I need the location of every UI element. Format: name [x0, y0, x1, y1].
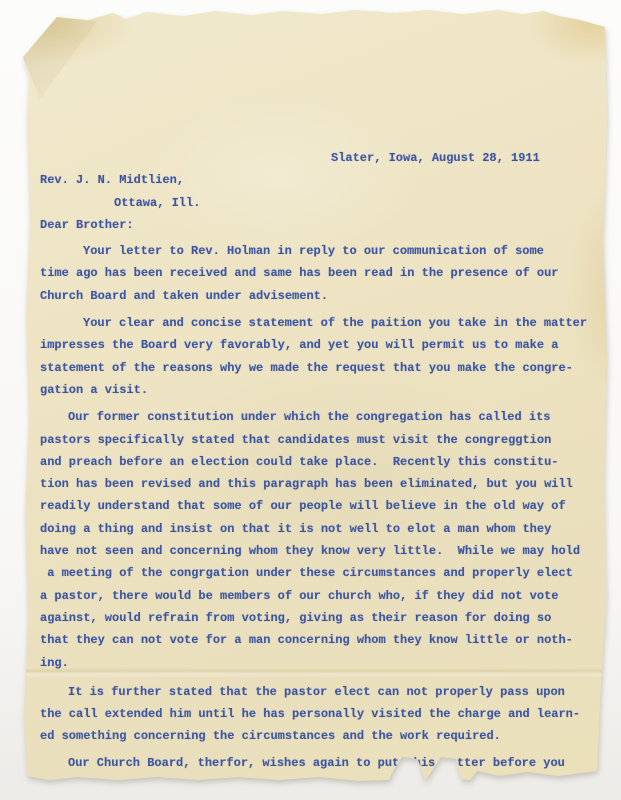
letter-line: that they can not vote for a man concern…	[40, 629, 600, 651]
letter-line: a meeting of the congrgation under these…	[40, 562, 600, 584]
paragraph-2: Your clear and concise statement of the …	[40, 312, 600, 401]
letter-page: Slater, Iowa, August 28, 1911 Rev. J. N.…	[0, 0, 621, 800]
letter-line: gation a visit.	[40, 379, 600, 401]
letter-line: the call extended him until he has perso…	[40, 703, 600, 725]
letter-paper: Slater, Iowa, August 28, 1911 Rev. J. N.…	[0, 0, 621, 800]
salutation: Dear Brother:	[40, 214, 600, 236]
folded-corner-crease	[0, 0, 120, 110]
letter-line: statement of the reasons why we made the…	[40, 357, 600, 379]
scan-background: Slater, Iowa, August 28, 1911 Rev. J. N.…	[0, 0, 621, 800]
recipient-address: Ottawa, Ill.	[40, 192, 600, 214]
paragraph-3: Our former constitution under which the …	[40, 406, 600, 674]
letter-line: and preach before an election could take…	[40, 451, 600, 473]
letter-line: Church Board and taken under advisement.	[40, 285, 600, 307]
letter-line: doing a thing and insist on that it is n…	[40, 518, 600, 540]
letter-line: tion has been revised and this paragraph…	[40, 473, 600, 495]
letter-line: time ago has been received and same has …	[40, 262, 600, 284]
letter-line: a pastor, there would be members of our …	[40, 585, 600, 607]
letter-text: Slater, Iowa, August 28, 1911 Rev. J. N.…	[40, 147, 600, 774]
letter-line: Your letter to Rev. Holman in reply to o…	[40, 240, 600, 262]
letter-line: impresses the Board very favorably, and …	[40, 334, 600, 356]
dateline: Slater, Iowa, August 28, 1911	[40, 147, 600, 169]
letter-line: ed something concerning the circumstance…	[40, 725, 600, 747]
letter-line: readily understand that some of our peop…	[40, 495, 600, 517]
letter-line: ing.	[40, 652, 600, 674]
letter-line: Your clear and concise statement of the …	[40, 312, 600, 334]
letter-line: It is further stated that the pastor ele…	[40, 681, 600, 703]
paragraph-5: Our Church Board, therfor, wishes again …	[40, 752, 600, 774]
letter-line: against, would refrain from voting, givi…	[40, 607, 600, 629]
paragraph-1: Your letter to Rev. Holman in reply to o…	[40, 240, 600, 307]
letter-line: pastors specifically stated that candida…	[40, 429, 600, 451]
letter-line: have not seen and concerning whom they k…	[40, 540, 600, 562]
letter-line: Our former constitution under which the …	[40, 406, 600, 428]
recipient-name: Rev. J. N. Midtlien,	[40, 169, 600, 191]
letter-line: Our Church Board, therfor, wishes again …	[40, 752, 600, 774]
paragraph-4: It is further stated that the pastor ele…	[40, 681, 600, 748]
